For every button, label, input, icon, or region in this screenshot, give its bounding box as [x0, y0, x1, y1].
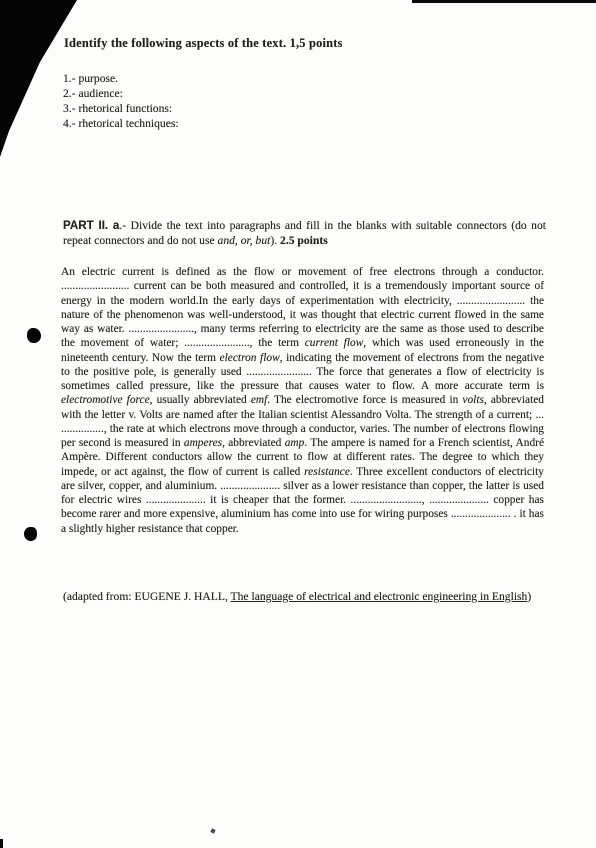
list-item: 2.- audience: — [63, 86, 363, 101]
scan-speck-artifact — [210, 828, 215, 833]
text-segment: , usually abbreviated — [150, 394, 251, 406]
text-segment: amperes — [184, 437, 222, 449]
text-segment: current flow — [305, 337, 364, 349]
part2-instructions: PART II. a.- Divide the text into paragr… — [63, 218, 546, 248]
text-segment: PART II. a — [63, 219, 119, 232]
scan-bottom-left-artifact — [0, 839, 3, 848]
exercise1-heading: Identify the following aspects of the te… — [64, 36, 546, 51]
page-background: Identify the following aspects of the te… — [0, 0, 596, 848]
text-segment: ) — [527, 590, 531, 603]
hole-punch-mark-lower — [24, 527, 37, 541]
scanned-exam-page: { "colors": { "paper": "#fdfdfc", "ink":… — [0, 0, 596, 848]
text-segment: and, or, but — [218, 234, 271, 247]
text-segment: The language of electrical and electroni… — [231, 590, 528, 603]
text-segment: amp — [285, 437, 305, 449]
cloze-passage-paragraph: An electric current is defined as the fl… — [61, 265, 544, 536]
list-item: 4.- rhetorical techniques: — [63, 116, 363, 131]
text-segment: . The electromotive force is measured in — [267, 394, 462, 406]
source-citation: (adapted from: EUGENE J. HALL, The langu… — [63, 589, 546, 604]
text-segment: 2.5 points — [280, 234, 328, 247]
text-segment: ). — [270, 234, 280, 247]
list-item: 3.- rhetorical functions: — [63, 101, 363, 116]
list-item: 1.- purpose. — [63, 71, 363, 86]
text-segment: electromotive force — [61, 394, 150, 406]
scan-top-edge-artifact — [412, 0, 596, 3]
exercise1-item-list: 1.- purpose.2.- audience:3.- rhetorical … — [63, 71, 363, 131]
text-segment: (adapted from: EUGENE J. HALL, — [63, 590, 231, 603]
text-segment: resistance — [304, 466, 350, 478]
text-segment: emf — [251, 394, 267, 406]
hole-punch-mark-upper — [27, 328, 41, 343]
text-segment: , abbreviated — [222, 437, 285, 449]
text-segment: electron flow — [220, 352, 280, 364]
text-segment: volts — [462, 394, 484, 406]
